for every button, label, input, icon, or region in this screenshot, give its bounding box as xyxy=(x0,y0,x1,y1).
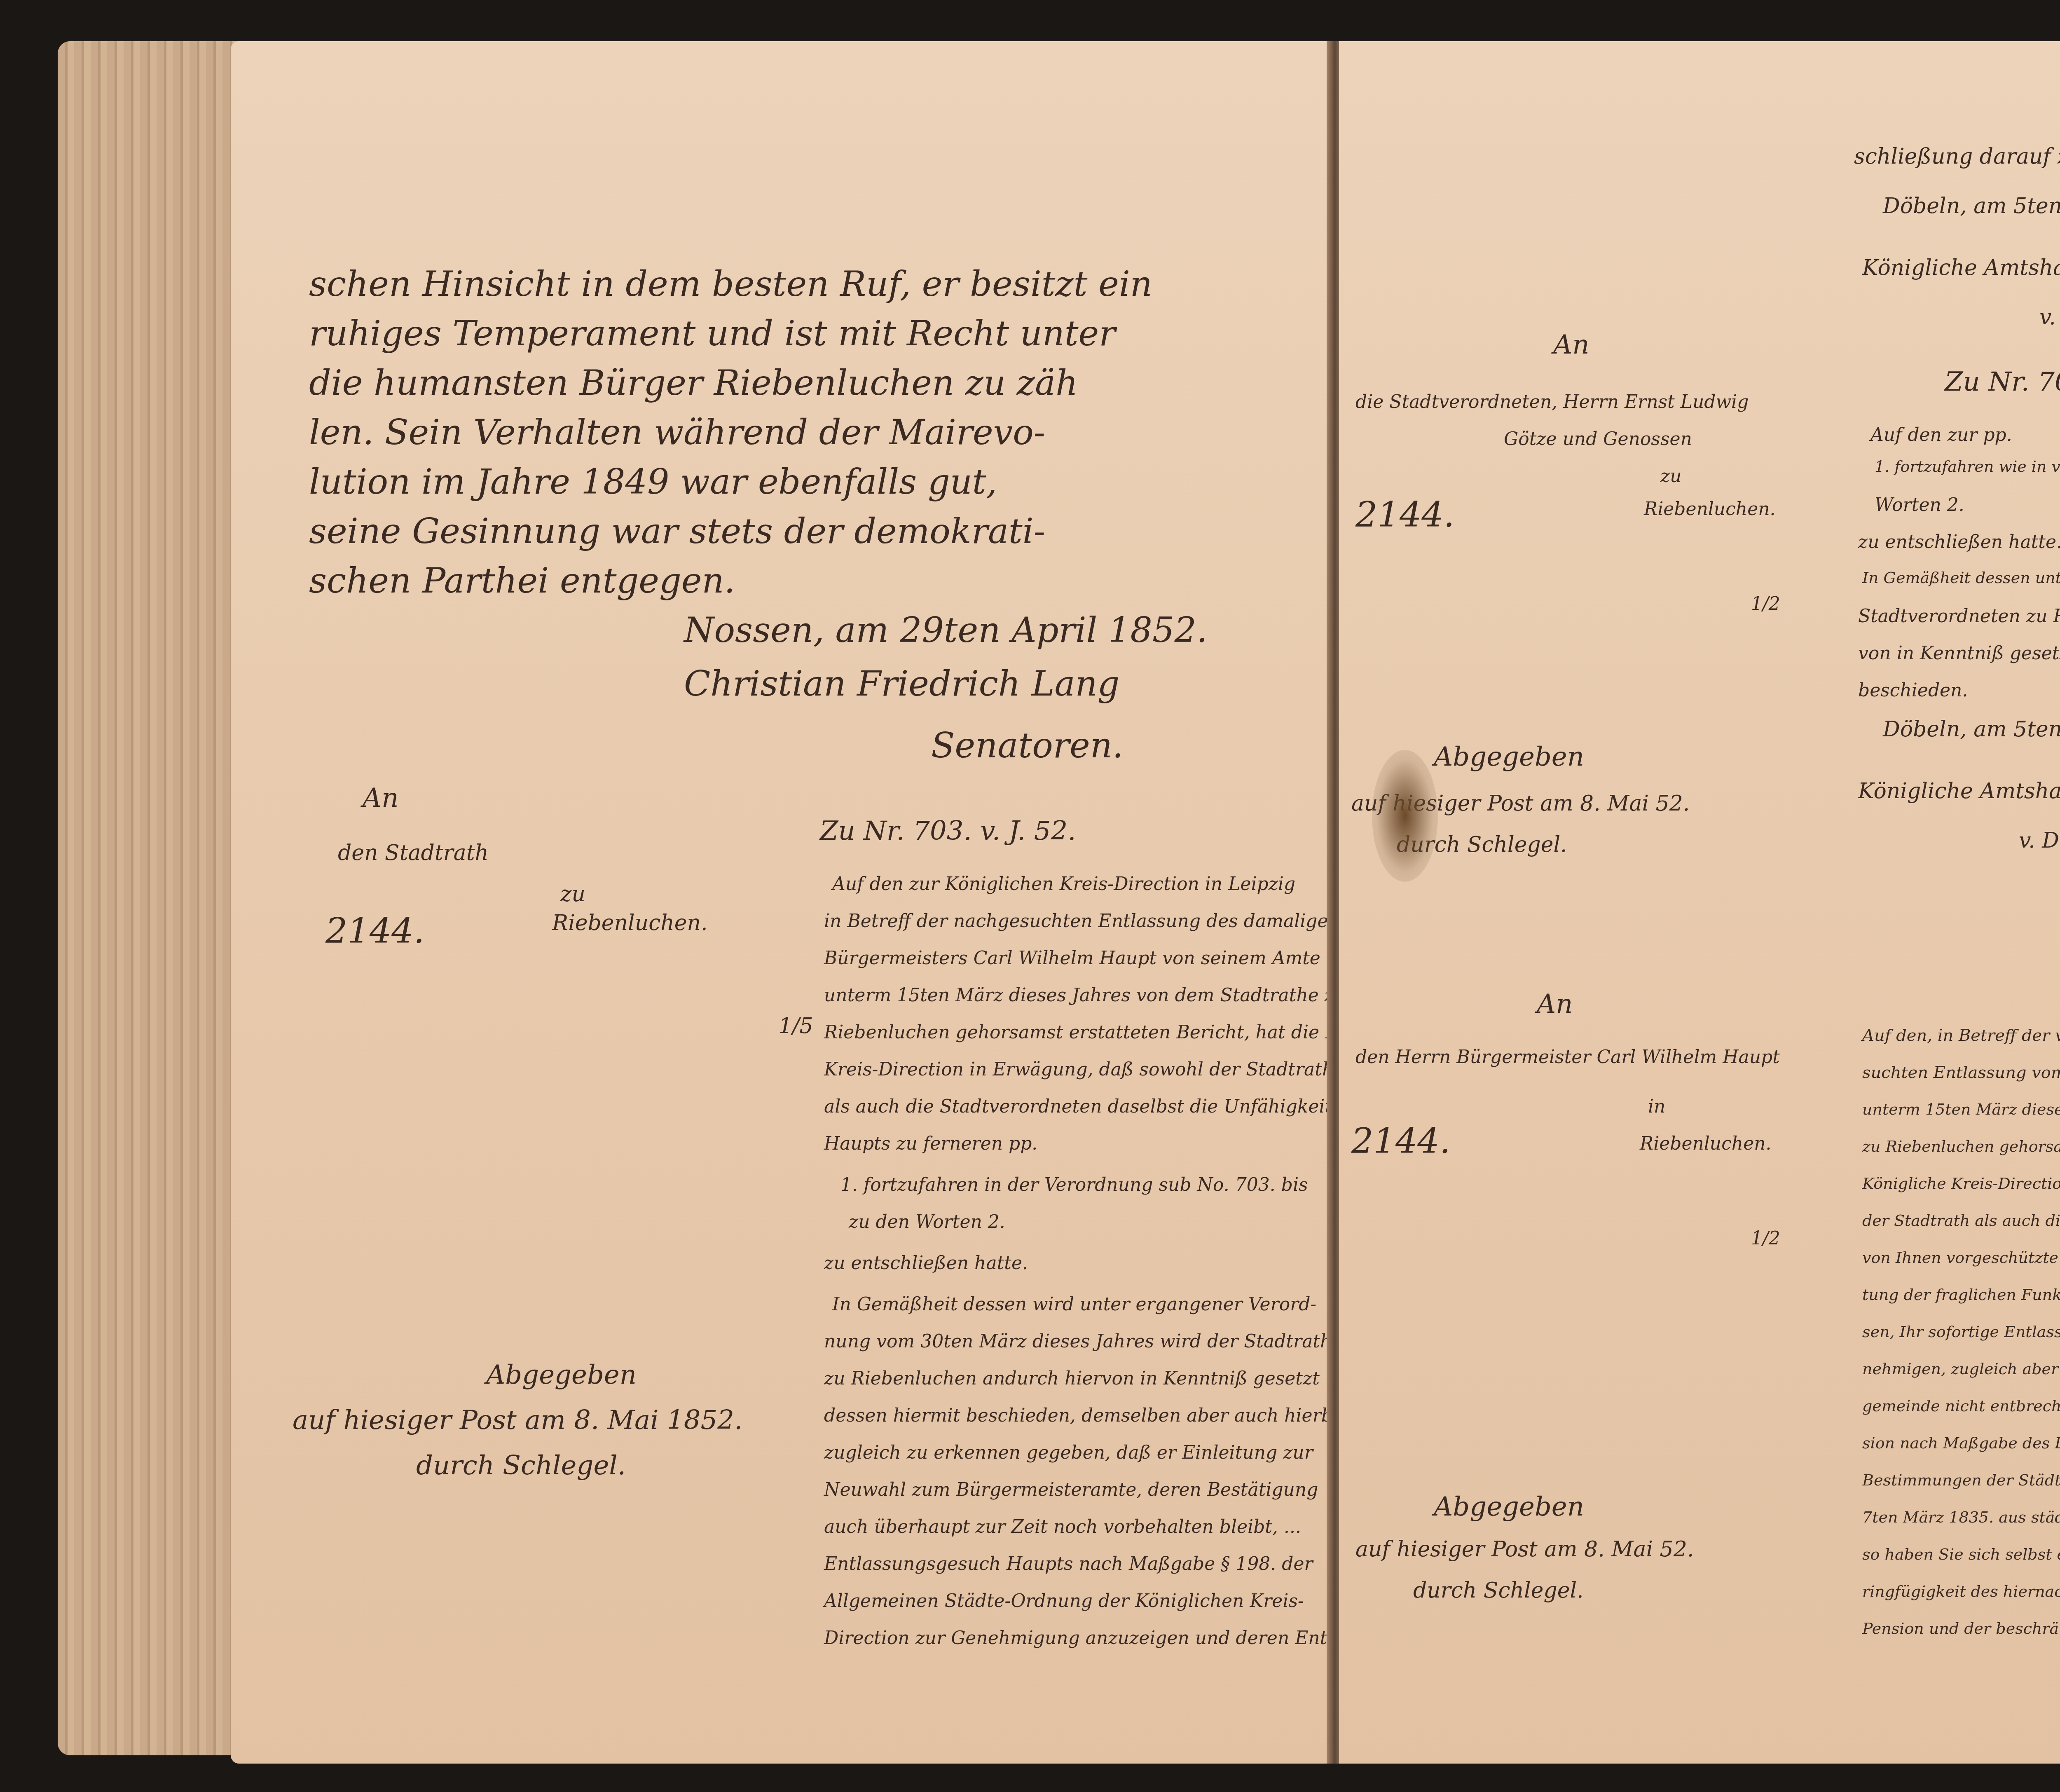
margin-number: 2144. xyxy=(1355,494,1454,535)
date: Döbeln, am 5ten Mai 1852. xyxy=(1883,194,2060,218)
place-date: Nossen, am 29ten April 1852. xyxy=(684,610,1208,650)
text-line: der Stadtrath als auch die Stadtverordne… xyxy=(1862,1211,2060,1230)
text-line: Kreis-Direction in Erwägung, daß sowohl … xyxy=(824,1059,1334,1080)
text-line: in Betreff der nachgesuchten Entlassung … xyxy=(824,911,1340,932)
text-line: In Gemäßheit dessen unter ergangener Ver… xyxy=(1862,569,2060,587)
text-line: nung vom 30ten März dieses Jahres wird d… xyxy=(824,1331,1332,1352)
text-line: Allgemeinen Städte-Ordnung der Königlich… xyxy=(824,1591,1304,1612)
text-line: 7ten März 1835. aus städtischen Mitteln … xyxy=(1862,1508,2060,1526)
margin-fraction: 1/5 xyxy=(779,1014,813,1038)
text-line: unterm 15ten März dieses Jahres von dem … xyxy=(824,985,1346,1006)
text-line: Entlassungsgesuch Haupts nach Maßgabe § … xyxy=(824,1553,1313,1574)
text-line: schen Hinsicht in dem besten Ruf, er bes… xyxy=(309,264,1152,304)
intro-text: Auf den zur pp. xyxy=(1870,424,2012,445)
text-line: Auf den, in Betreff der von Ihnen nachge… xyxy=(1862,1026,2060,1045)
initials: v. D. xyxy=(2019,828,2060,853)
text-line: ruhiges Temperament und ist mit Recht un… xyxy=(309,313,1115,354)
text-line: dessen hiermit beschieden, demselben abe… xyxy=(824,1405,1349,1426)
address-zu: zu xyxy=(560,882,585,907)
text-line: zugleich zu erkennen gegeben, daß er Ein… xyxy=(824,1442,1313,1463)
text-line: gemeinde nicht entbrechen kann, Ihnen di… xyxy=(1862,1397,2060,1415)
address-zu: zu xyxy=(1660,466,1682,487)
text-line: zu Riebenluchen andurch hiervon in Kennt… xyxy=(824,1368,1360,1389)
text-line: zu Riebenluchen gehorsamst erstatteten B… xyxy=(1862,1137,2060,1155)
text-line: Neuwahl zum Bürgermeisteramte, deren Bes… xyxy=(824,1479,1318,1500)
margin-number: 2144. xyxy=(1351,1121,1450,1161)
text-line: 1. fortzufahren wie in vorstehender Verf… xyxy=(1875,457,2060,476)
text-line: Auf den zur Königlichen Kreis-Direction … xyxy=(832,874,1295,895)
margin-number: 2144. xyxy=(325,911,424,951)
text-line: Direction zur Genehmigung anzuzeigen und… xyxy=(824,1628,1333,1649)
address-recipient: die Stadtverordneten, Herrn Ernst Ludwig xyxy=(1355,391,1749,412)
margin-fraction: 1/2 xyxy=(1751,1228,1780,1249)
address-in: in xyxy=(1648,1096,1665,1117)
text-line: Bürgermeisters Carl Wilhelm Haupt von se… xyxy=(824,948,1320,969)
left-page: schen Hinsicht in dem besten Ruf, er bes… xyxy=(231,41,1331,1764)
address-place: Riebenluchen. xyxy=(1640,1133,1772,1154)
dispatch-note: auf hiesiger Post am 8. Mai 52. xyxy=(1355,1537,1694,1562)
text-line: Bestimmungen der Städte-Staatsdienergese… xyxy=(1862,1471,2060,1489)
signature-title: Senatoren. xyxy=(931,725,1123,766)
text-line: sen, Ihr sofortige Entlassung gedachterm… xyxy=(1862,1323,2060,1341)
dispatch-note: Abgegeben xyxy=(1434,1492,1584,1522)
dispatch-note: auf hiesiger Post am 8. Mai 1852. xyxy=(293,1405,742,1436)
text-line: len. Sein Verhalten während der Mairevo- xyxy=(309,412,1045,452)
text-line: Königliche Kreis-Direction in Erwägung, … xyxy=(1862,1174,2060,1192)
text-line: tung der fraglichen Funktion anerkannt h… xyxy=(1862,1286,2060,1304)
dispatch-note: Abgegeben xyxy=(1434,742,1584,772)
address-recipient: Götze und Genossen xyxy=(1504,429,1692,450)
text-line: zu entschließen hatte. xyxy=(1858,532,2060,553)
text-line: 1. fortzufahren in der Verordnung sub No… xyxy=(840,1174,1308,1195)
text-line: zu den Worten 2. xyxy=(849,1211,1005,1232)
right-page: 134 schließung darauf zu erwarten gewese… xyxy=(1339,41,2060,1764)
text-line: als auch die Stadtverordneten daselbst d… xyxy=(824,1096,1332,1117)
ink-stain xyxy=(1372,750,1438,882)
text-line: so haben Sie sich selbst etwa noch rücks… xyxy=(1862,1545,2060,1563)
text-line: zu entschließen hatte. xyxy=(824,1253,1028,1274)
signature: Christian Friedrich Lang xyxy=(684,663,1119,704)
initials: v. D. xyxy=(2039,305,2060,330)
text-line: Haupts zu ferneren pp. xyxy=(824,1133,1037,1154)
margin-fraction: 1/2 xyxy=(1751,593,1780,614)
open-ledger: schen Hinsicht in dem besten Ruf, er bes… xyxy=(58,25,2060,1776)
authority: Königliche Amtshauptmannschaft xyxy=(1858,779,2060,803)
dispatch-note: Abgegeben xyxy=(486,1360,637,1390)
date: Döbeln, am 5ten Mai 1852. xyxy=(1883,717,2060,742)
text-line: schließung darauf zu erwarten gewesen wä… xyxy=(1854,144,2060,169)
text-line: die humansten Bürger Riebenluchen zu zäh xyxy=(309,363,1078,403)
reference-number: Zu Nr. 703. v. J. 52. xyxy=(820,816,1076,846)
text-line: sion nach Maßgabe des Lokalstatuts § 26.… xyxy=(1862,1434,2060,1452)
text-line: Worten 2. xyxy=(1875,494,1964,515)
address-recipient: den Stadtrath xyxy=(338,841,489,865)
address-an: An xyxy=(1537,989,1573,1019)
text-line: Pension und der beschränkten Vermögensum… xyxy=(1862,1619,2060,1637)
text-line: beschieden. xyxy=(1858,680,1968,701)
text-line: nehmigen, zugleich aber auch befunden, d… xyxy=(1862,1360,2060,1378)
dispatch-note: durch Schlegel. xyxy=(416,1450,626,1481)
text-line: unterm 15ten März dieses Jahres von dem … xyxy=(1862,1100,2060,1118)
address-an: An xyxy=(363,783,398,813)
address-an: An xyxy=(1553,330,1589,360)
reference-number: Zu Nr. 703. v. J. 52. xyxy=(1945,367,2060,397)
text-line: lution im Jahre 1849 war ebenfalls gut, xyxy=(309,461,997,502)
text-line: schen Parthei entgegen. xyxy=(309,560,735,601)
text-line: seine Gesinnung war stets der demokrati- xyxy=(309,511,1045,551)
text-line: von in Kenntniß gesetzt und dessen hierm… xyxy=(1858,643,2060,664)
text-line: von Ihnen vorgeschützte Unfähigkeit zu f… xyxy=(1862,1249,2060,1267)
text-line: suchten Entlassung vom Bürgermeisteramte xyxy=(1862,1063,2060,1082)
text-line: Stadtverordneten zu Riebenluchen andurch… xyxy=(1858,606,2060,627)
text-line: In Gemäßheit dessen wird unter ergangene… xyxy=(832,1294,1316,1315)
authority: Königliche Amtshauptmannschaft xyxy=(1862,255,2060,280)
address-place: Riebenluchen. xyxy=(552,911,708,935)
text-line: ringfügigkeit des hiernach ausfallenden … xyxy=(1862,1582,2060,1600)
address-recipient: den Herrn Bürgermeister Carl Wilhelm Hau… xyxy=(1355,1047,1780,1068)
text-line: auch überhaupt zur Zeit noch vorbehalten… xyxy=(824,1516,1301,1537)
dispatch-note: durch Schlegel. xyxy=(1413,1578,1584,1603)
address-place: Riebenluchen. xyxy=(1644,499,1776,520)
